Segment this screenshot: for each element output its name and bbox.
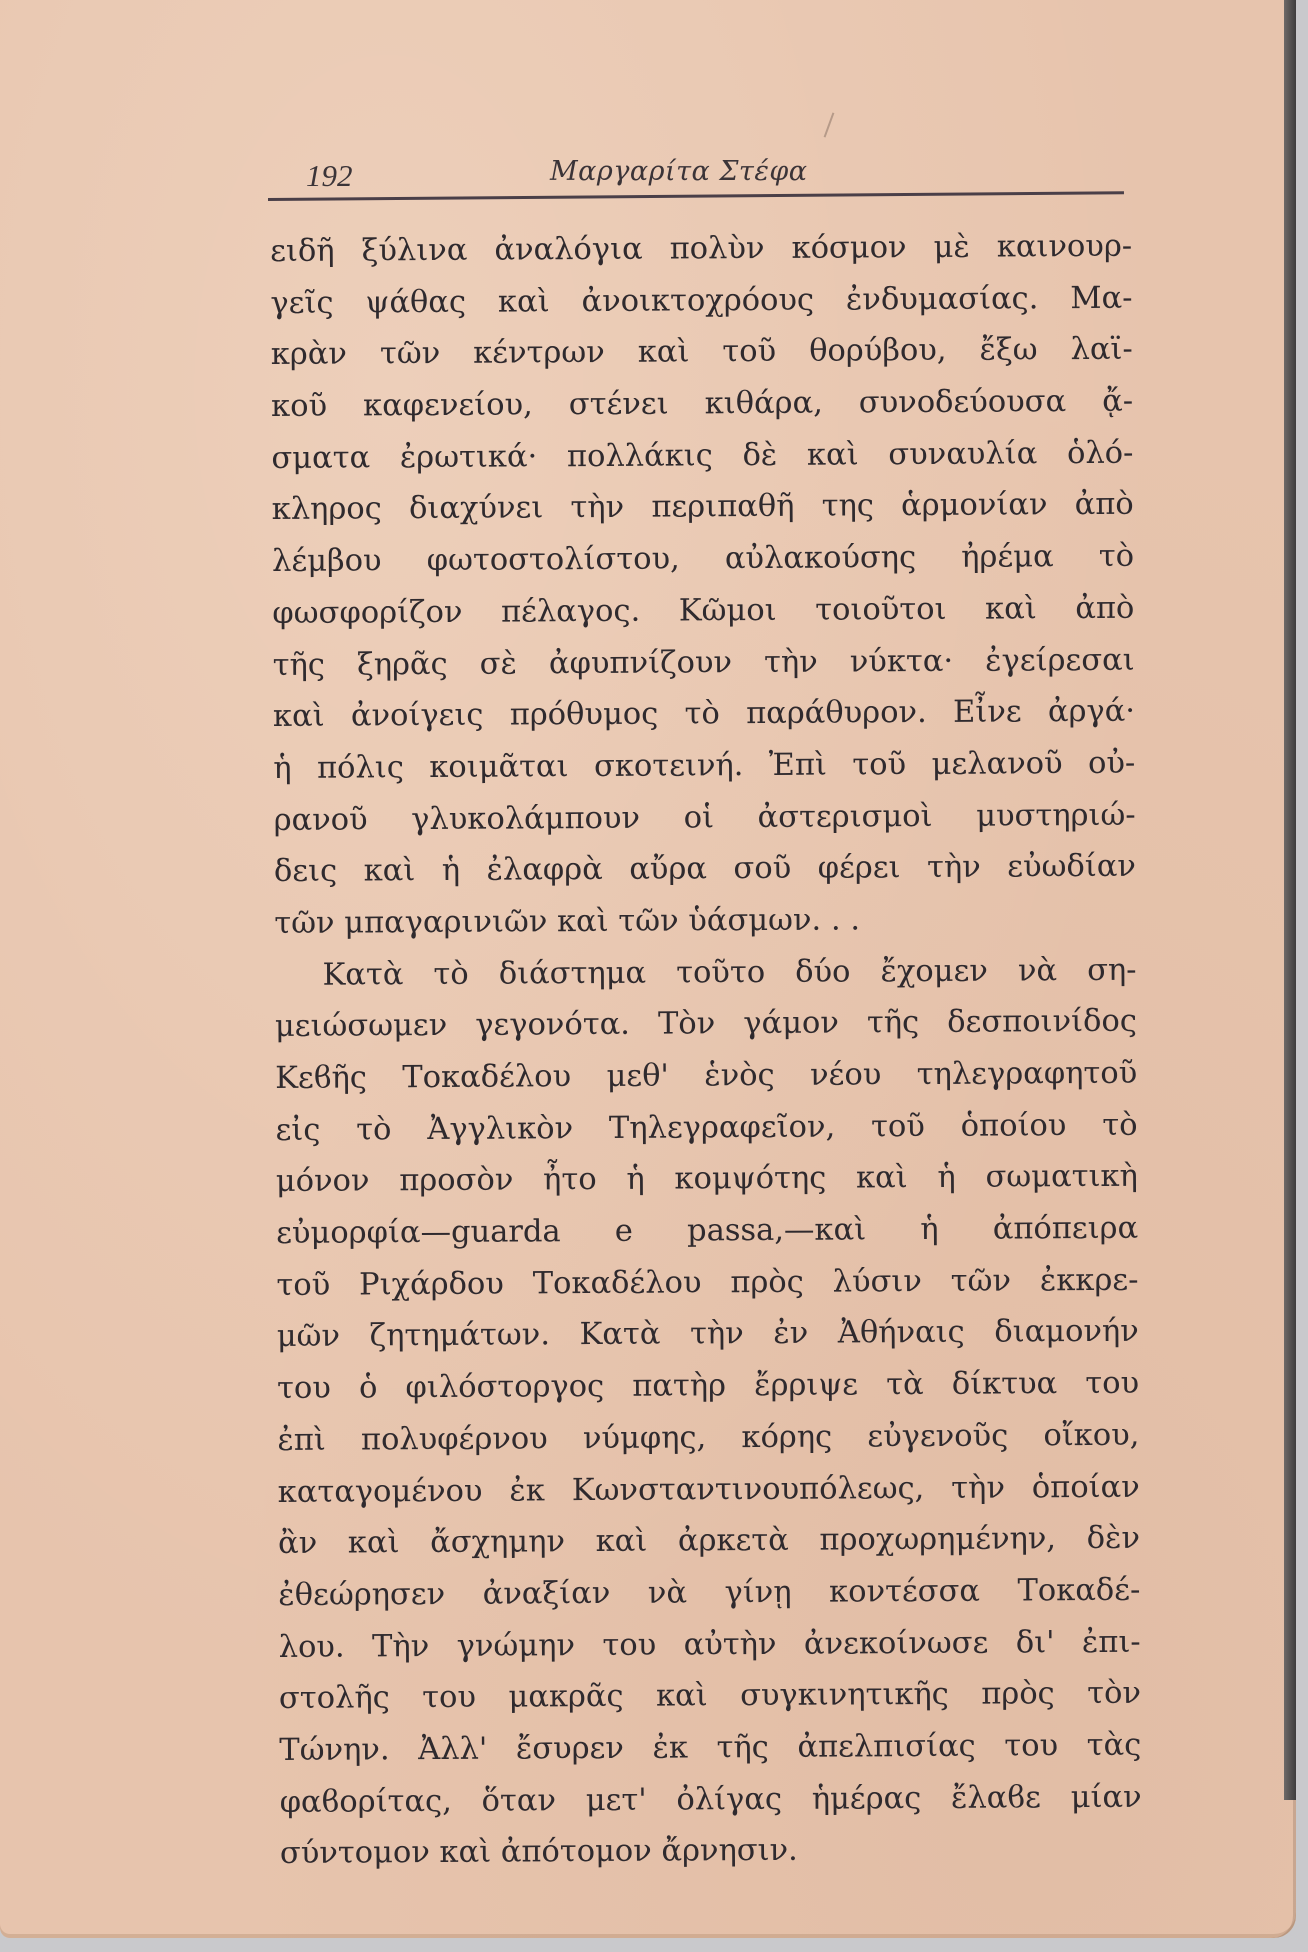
paragraph-1: ειδῆ ξύλινα ἀναλόγια πολὺν κόσμον μὲ και… bbox=[270, 221, 1136, 950]
text-line: κληρος διαχύνει τὴν περιπαθῆ της ἁρμονία… bbox=[272, 479, 1134, 536]
text-line: στολῆς του μακρᾶς καὶ συγκινητικῆς πρὸς … bbox=[279, 1668, 1141, 1725]
text-line: ειδῆ ξύλινα ἀναλόγια πολὺν κόσμον μὲ και… bbox=[270, 221, 1132, 278]
text-line: ἡ πόλις κοιμᾶται σκοτεινή. Ἐπὶ τοῦ μελαν… bbox=[273, 738, 1135, 795]
text-line: Κατὰ τὸ διάστημα τοῦτο δύο ἔχομεν νὰ ση- bbox=[274, 944, 1136, 1001]
text-line: τοῦ Ριχάρδου Τοκαδέλου πρὸς λύσιν τῶν ἐκ… bbox=[276, 1254, 1138, 1311]
running-title: Μαργαρίτα Στέφα bbox=[550, 156, 808, 187]
text-line: εὐμορφία—guarda e passa,—καὶ ἡ ἀπόπειρα bbox=[276, 1203, 1138, 1260]
text-line: καὶ ἀνοίγεις πρόθυμος τὸ παράθυρον. Εἶνε… bbox=[273, 686, 1135, 743]
page-number: 192 bbox=[306, 158, 353, 194]
text-line: δεις καὶ ἡ ἐλαφρὰ αὔρα σοῦ φέρει τὴν εὐω… bbox=[274, 841, 1136, 898]
text-line: γεῖς ψάθας καὶ ἀνοικτοχρόους ἐνδυμασίας.… bbox=[270, 272, 1132, 329]
text-line: ἐθεώρησεν ἀναξίαν νὰ γίνῃ κοντέσσα Τοκαδ… bbox=[278, 1565, 1140, 1622]
text-line: Τώνην. Ἀλλ' ἔσυρεν ἐκ τῆς ἀπελπισίας του… bbox=[279, 1720, 1141, 1777]
body-text: ειδῆ ξύλινα ἀναλόγια πολὺν κόσμον μὲ και… bbox=[270, 221, 1142, 1880]
text-line: λου. Τὴν γνώμην του αὐτὴν ἀνεκοίνωσε δι'… bbox=[279, 1616, 1141, 1673]
text-line: ἐπὶ πολυφέρνου νύμφης, κόρης εὐγενοῦς οἴ… bbox=[277, 1410, 1139, 1467]
text-line: του ὁ φιλόστοργος πατὴρ ἔρριψε τὰ δίκτυα… bbox=[277, 1358, 1139, 1415]
text-line: ρανοῦ γλυκολάμπουν οἱ ἀστερισμοὶ μυστηρι… bbox=[273, 789, 1135, 846]
text-line: τῆς ξηρᾶς σὲ ἀφυπνίζουν τὴν νύκτα· ἐγείρ… bbox=[273, 634, 1135, 691]
scan-background: 192 Μαργαρίτα Στέφα ειδῆ ξύλινα ἀναλόγια… bbox=[0, 0, 1308, 1952]
text-line: Κεϐῆς Τοκαδέλου μεθ' ἑνὸς νέου τηλεγραφη… bbox=[275, 1048, 1137, 1105]
text-line: ἂν καὶ ἄσχημην καὶ ἀρκετὰ προχωρημένην, … bbox=[278, 1513, 1140, 1570]
text-line: σματα ἐρωτικά· πολλάκις δὲ καὶ συναυλία … bbox=[271, 427, 1133, 484]
page-edge-shadow bbox=[1284, 0, 1296, 1800]
text-line: σύντομον καὶ ἀπότομον ἄρνησιν. bbox=[280, 1823, 1142, 1880]
text-line: φωσφορίζον πέλαγος. Κῶμοι τοιοῦτοι καὶ ἀ… bbox=[272, 583, 1134, 640]
text-line: καταγομένου ἐκ Κωνσταντινουπόλεως, τὴν ὁ… bbox=[278, 1461, 1140, 1518]
text-line: μειώσωμεν γεγονότα. Τὸν γάμον τῆς δεσποι… bbox=[275, 996, 1137, 1053]
text-line: εἰς τὸ Ἀγγλικὸν Τηλεγραφεῖον, τοῦ ὁποίου… bbox=[275, 1099, 1137, 1156]
text-line: φαϐορίτας, ὅταν μετ' ὀλίγας ἡμέρας ἔλαϐε… bbox=[279, 1771, 1141, 1828]
text-line: κρὰν τῶν κέντρων καὶ τοῦ θορύβου, ἔξω λα… bbox=[271, 324, 1133, 381]
text-line: μόνον προσὸν ἦτο ἡ κομψότης καὶ ἡ σωματι… bbox=[276, 1151, 1138, 1208]
text-line: λέμβου φωτοστολίστου, αὐλακούσης ἠρέμα τ… bbox=[272, 531, 1134, 588]
text-line: τῶν μπαγαρινιῶν καὶ τῶν ὑάσμων. . . bbox=[274, 893, 1136, 950]
text-line: κοῦ καφενείου, στένει κιθάρα, συνοδεύουσ… bbox=[271, 376, 1133, 433]
paragraph-2: Κατὰ τὸ διάστημα τοῦτο δύο ἔχομεν νὰ ση-… bbox=[274, 944, 1142, 1880]
book-page: 192 Μαργαρίτα Στέφα ειδῆ ξύλινα ἀναλόγια… bbox=[0, 0, 1296, 1938]
text-line: μῶν ζητημάτων. Κατὰ τὴν ἐν Ἀθήναις διαμο… bbox=[277, 1306, 1139, 1363]
paper-mark bbox=[824, 112, 835, 137]
